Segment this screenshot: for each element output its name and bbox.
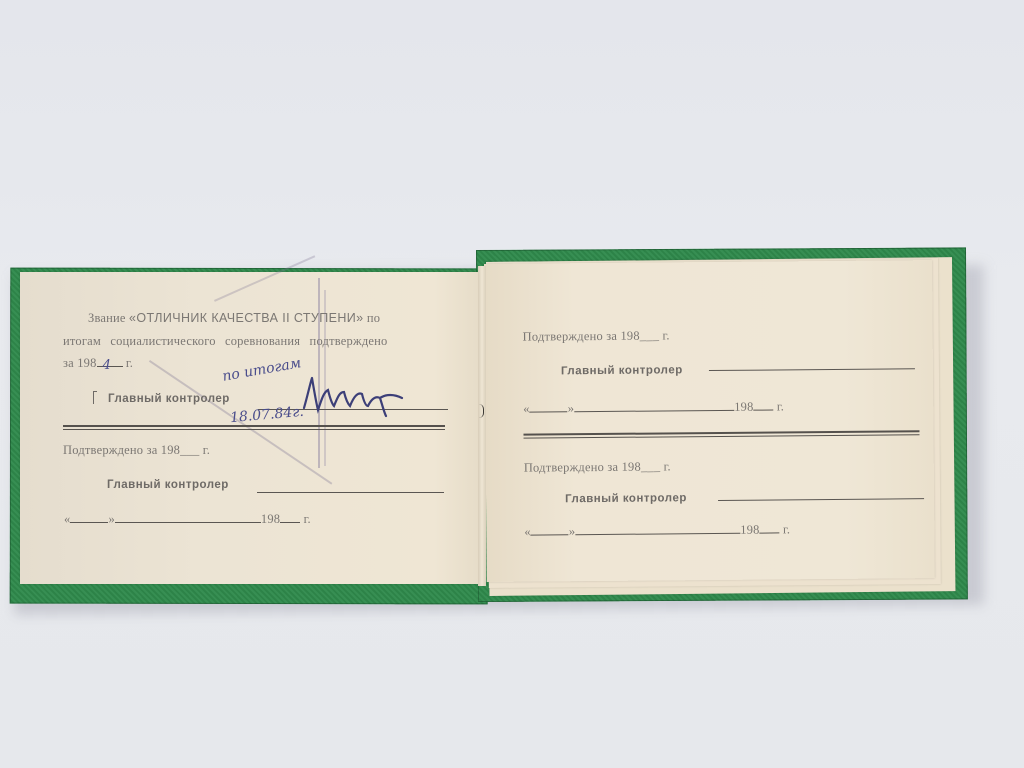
quote-close: » xyxy=(569,524,576,538)
quote-close: » xyxy=(568,401,575,415)
day-blank xyxy=(530,411,568,412)
date-suffix: г. xyxy=(783,522,790,536)
signature-line xyxy=(709,368,915,371)
date-field: «»198 г. xyxy=(523,399,784,416)
confirmed-label: Подтверждено за 198___ г. xyxy=(523,328,670,344)
month-blank xyxy=(575,533,740,535)
signature-line xyxy=(718,498,924,501)
signer-label: Главный контролер xyxy=(561,364,683,377)
month-blank xyxy=(574,410,734,412)
year-blank xyxy=(754,409,774,410)
section-divider xyxy=(523,430,919,438)
quote-open: « xyxy=(524,525,531,539)
date-suffix: г. xyxy=(777,399,784,413)
date-year: 198 xyxy=(734,400,753,414)
year-blank xyxy=(760,532,780,533)
date-field: «»198 г. xyxy=(524,522,790,539)
quote-open: « xyxy=(523,402,530,416)
day-blank xyxy=(531,534,569,535)
signer-label: Главный контролер xyxy=(565,492,687,505)
confirmed-label: Подтверждено за 198___ г. xyxy=(524,459,671,475)
right-page-content: Подтверждено за 198___ г. Главный контро… xyxy=(0,0,1024,768)
date-year: 198 xyxy=(740,523,759,537)
